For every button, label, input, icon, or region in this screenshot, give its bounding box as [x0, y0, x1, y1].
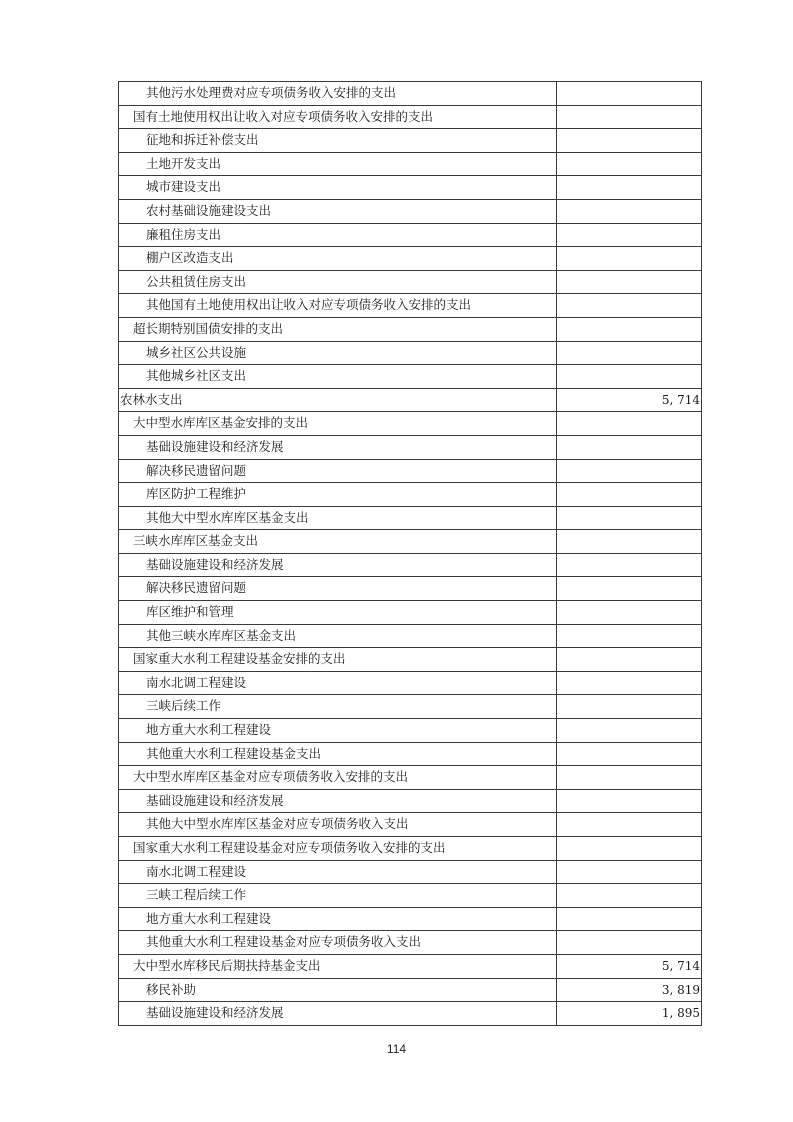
row-value: [557, 270, 702, 294]
row-label: 国家重大水利工程建设基金安排的支出: [119, 648, 557, 672]
table-row: 库区维护和管理: [119, 601, 702, 625]
row-label: 地方重大水利工程建设: [119, 907, 557, 931]
table-row: 农林水支出5, 714: [119, 388, 702, 412]
row-value: [557, 813, 702, 837]
row-value: [557, 648, 702, 672]
table-row: 其他国有土地使用权出让收入对应专项债务收入安排的支出: [119, 294, 702, 318]
row-value: 1, 895: [557, 1002, 702, 1026]
row-label: 农村基础设施建设支出: [119, 199, 557, 223]
row-label: 南水北调工程建设: [119, 860, 557, 884]
row-label: 三峡工程后续工作: [119, 884, 557, 908]
row-value: 5, 714: [557, 388, 702, 412]
table-row: 解决移民遗留问题: [119, 577, 702, 601]
table-row: 三峡工程后续工作: [119, 884, 702, 908]
row-value: [557, 459, 702, 483]
row-label: 南水北调工程建设: [119, 671, 557, 695]
table-row: 城乡社区公共设施: [119, 341, 702, 365]
table-row: 其他重大水利工程建设基金支出: [119, 742, 702, 766]
row-label: 其他三峡水库库区基金支出: [119, 624, 557, 648]
row-value: [557, 129, 702, 153]
row-value: [557, 412, 702, 436]
row-value: [557, 931, 702, 955]
row-label: 其他国有土地使用权出让收入对应专项债务收入安排的支出: [119, 294, 557, 318]
table-row: 超长期特别国债安排的支出: [119, 317, 702, 341]
table-row: 国家重大水利工程建设基金对应专项债务收入安排的支出: [119, 837, 702, 861]
row-label: 三峡后续工作: [119, 695, 557, 719]
table-row: 移民补助3, 819: [119, 978, 702, 1002]
row-label: 城市建设支出: [119, 176, 557, 200]
expenditure-table: 其他污水处理费对应专项债务收入安排的支出国有土地使用权出让收入对应专项债务收入安…: [118, 81, 702, 1026]
row-value: [557, 176, 702, 200]
page-number: 114: [0, 1042, 793, 1056]
row-value: [557, 742, 702, 766]
row-value: [557, 152, 702, 176]
table-row: 其他城乡社区支出: [119, 365, 702, 389]
row-value: [557, 483, 702, 507]
row-label: 大中型水库库区基金安排的支出: [119, 412, 557, 436]
row-value: [557, 105, 702, 129]
row-value: [557, 907, 702, 931]
row-value: [557, 577, 702, 601]
table-row: 地方重大水利工程建设: [119, 719, 702, 743]
table-row: 南水北调工程建设: [119, 671, 702, 695]
row-label: 移民补助: [119, 978, 557, 1002]
table-row: 解决移民遗留问题: [119, 459, 702, 483]
table-row: 其他大中型水库库区基金对应专项债务收入支出: [119, 813, 702, 837]
table-row: 南水北调工程建设: [119, 860, 702, 884]
row-label: 农林水支出: [119, 388, 557, 412]
row-label: 其他城乡社区支出: [119, 365, 557, 389]
row-label: 土地开发支出: [119, 152, 557, 176]
row-label: 其他重大水利工程建设基金对应专项债务收入支出: [119, 931, 557, 955]
table-row: 基础设施建设和经济发展1, 895: [119, 1002, 702, 1026]
row-value: [557, 601, 702, 625]
table-row: 基础设施建设和经济发展: [119, 435, 702, 459]
table-row: 三峡水库库区基金支出: [119, 530, 702, 554]
row-value: [557, 671, 702, 695]
row-value: [557, 341, 702, 365]
table-row: 基础设施建设和经济发展: [119, 789, 702, 813]
row-label: 基础设施建设和经济发展: [119, 553, 557, 577]
row-label: 棚户区改造支出: [119, 247, 557, 271]
row-value: [557, 435, 702, 459]
row-value: [557, 365, 702, 389]
row-value: [557, 317, 702, 341]
row-label: 三峡水库库区基金支出: [119, 530, 557, 554]
row-value: [557, 199, 702, 223]
row-value: [557, 294, 702, 318]
row-value: 5, 714: [557, 954, 702, 978]
row-label: 城乡社区公共设施: [119, 341, 557, 365]
table-row: 农村基础设施建设支出: [119, 199, 702, 223]
row-label: 其他重大水利工程建设基金支出: [119, 742, 557, 766]
row-label: 基础设施建设和经济发展: [119, 789, 557, 813]
table-row: 其他污水处理费对应专项债务收入安排的支出: [119, 82, 702, 106]
row-value: [557, 530, 702, 554]
table-row: 国家重大水利工程建设基金安排的支出: [119, 648, 702, 672]
row-value: [557, 223, 702, 247]
table-row: 公共租赁住房支出: [119, 270, 702, 294]
table-row: 大中型水库移民后期扶持基金支出5, 714: [119, 954, 702, 978]
row-label: 公共租赁住房支出: [119, 270, 557, 294]
row-label: 解决移民遗留问题: [119, 577, 557, 601]
table-row: 其他大中型水库库区基金支出: [119, 506, 702, 530]
table-row: 其他重大水利工程建设基金对应专项债务收入支出: [119, 931, 702, 955]
row-value: [557, 553, 702, 577]
table-row: 库区防护工程维护: [119, 483, 702, 507]
row-label: 征地和拆迁补偿支出: [119, 129, 557, 153]
row-label: 大中型水库库区基金对应专项债务收入安排的支出: [119, 766, 557, 790]
row-label: 库区防护工程维护: [119, 483, 557, 507]
row-label: 其他污水处理费对应专项债务收入安排的支出: [119, 82, 557, 106]
table-row: 大中型水库库区基金对应专项债务收入安排的支出: [119, 766, 702, 790]
row-value: 3, 819: [557, 978, 702, 1002]
row-label: 大中型水库移民后期扶持基金支出: [119, 954, 557, 978]
row-label: 库区维护和管理: [119, 601, 557, 625]
row-value: [557, 247, 702, 271]
table-body: 其他污水处理费对应专项债务收入安排的支出国有土地使用权出让收入对应专项债务收入安…: [119, 82, 702, 1026]
row-label: 其他大中型水库库区基金对应专项债务收入支出: [119, 813, 557, 837]
row-label: 国家重大水利工程建设基金对应专项债务收入安排的支出: [119, 837, 557, 861]
row-label: 超长期特别国债安排的支出: [119, 317, 557, 341]
row-value: [557, 766, 702, 790]
table-row: 廉租住房支出: [119, 223, 702, 247]
table-row: 征地和拆迁补偿支出: [119, 129, 702, 153]
row-label: 地方重大水利工程建设: [119, 719, 557, 743]
table-row: 棚户区改造支出: [119, 247, 702, 271]
table-row: 土地开发支出: [119, 152, 702, 176]
table-row: 基础设施建设和经济发展: [119, 553, 702, 577]
row-label: 解决移民遗留问题: [119, 459, 557, 483]
table-row: 城市建设支出: [119, 176, 702, 200]
row-value: [557, 82, 702, 106]
row-value: [557, 837, 702, 861]
row-value: [557, 695, 702, 719]
row-label: 基础设施建设和经济发展: [119, 1002, 557, 1026]
row-value: [557, 719, 702, 743]
table-row: 大中型水库库区基金安排的支出: [119, 412, 702, 436]
row-value: [557, 789, 702, 813]
row-label: 廉租住房支出: [119, 223, 557, 247]
row-label: 基础设施建设和经济发展: [119, 435, 557, 459]
table-row: 其他三峡水库库区基金支出: [119, 624, 702, 648]
table-row: 国有土地使用权出让收入对应专项债务收入安排的支出: [119, 105, 702, 129]
row-value: [557, 860, 702, 884]
row-label: 其他大中型水库库区基金支出: [119, 506, 557, 530]
row-label: 国有土地使用权出让收入对应专项债务收入安排的支出: [119, 105, 557, 129]
table-row: 地方重大水利工程建设: [119, 907, 702, 931]
row-value: [557, 884, 702, 908]
row-value: [557, 624, 702, 648]
table-row: 三峡后续工作: [119, 695, 702, 719]
row-value: [557, 506, 702, 530]
